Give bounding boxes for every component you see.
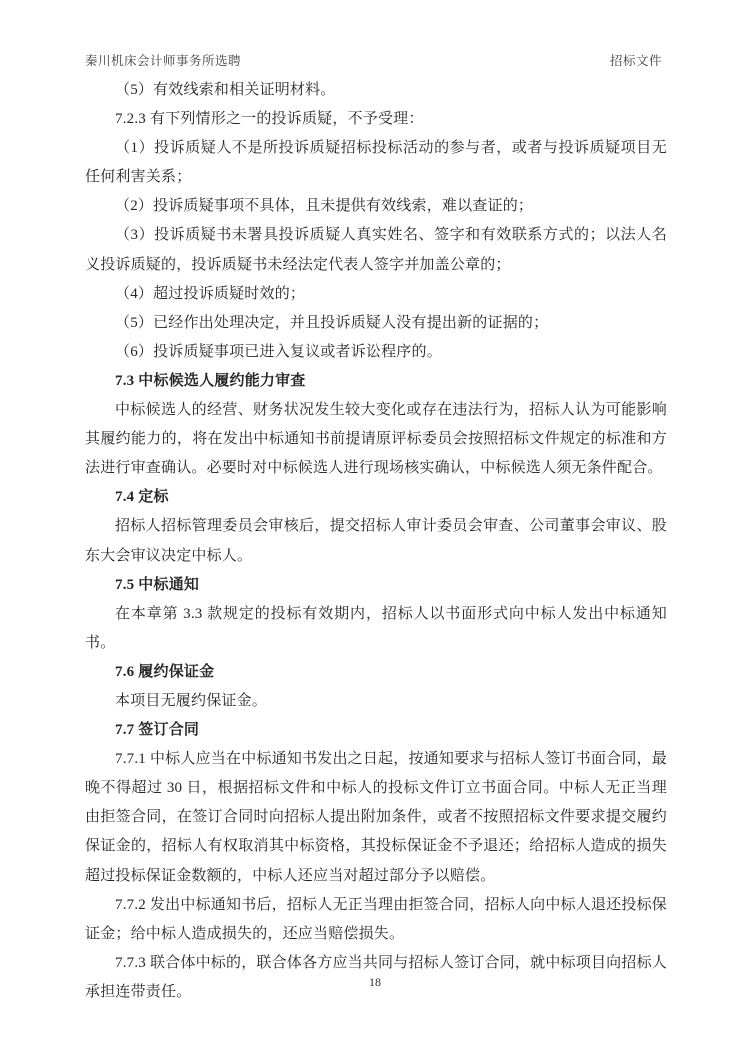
- document-page: 秦川机床会计师事务所选聘 招标文件 （5）有效线索和相关证明材料。7.2.3 有…: [0, 0, 750, 1060]
- paragraph: 7.2.3 有下列情形之一的投诉质疑，不予受理：: [85, 105, 667, 134]
- paragraph: （5）有效线索和相关证明材料。: [85, 76, 667, 105]
- header-right-text: 招标文件: [610, 51, 662, 69]
- document-body: （5）有效线索和相关证明材料。7.2.3 有下列情形之一的投诉质疑，不予受理：（…: [85, 76, 667, 1007]
- paragraph: 7.7.1 中标人应当在中标通知书发出之日起，按通知要求与招标人签订书面合同，最…: [85, 745, 667, 890]
- paragraph: 在本章第 3.3 款规定的投标有效期内，招标人以书面形式向中标人发出中标通知书。: [85, 600, 667, 658]
- section-heading: 7.6 履约保证金: [85, 658, 667, 687]
- paragraph: 招标人招标管理委员会审核后，提交招标人审计委员会审查、公司董事会审议、股东大会审…: [85, 512, 667, 570]
- paragraph: （6）投诉质疑事项已进入复议或者诉讼程序的。: [85, 338, 667, 367]
- page-header: 秦川机床会计师事务所选聘 招标文件: [85, 51, 662, 69]
- paragraph: 中标候选人的经营、财务状况发生较大变化或存在违法行为，招标人认为可能影响其履约能…: [85, 396, 667, 483]
- paragraph: （1）投诉质疑人不是所投诉质疑招标投标活动的参与者，或者与投诉质疑项目无任何利害…: [85, 134, 667, 192]
- paragraph: （4）超过投诉质疑时效的；: [85, 280, 667, 309]
- section-heading: 7.7 签订合同: [85, 716, 667, 745]
- page-footer: 18: [0, 975, 750, 990]
- section-heading: 7.4 定标: [85, 483, 667, 512]
- paragraph: 本项目无履约保证金。: [85, 687, 667, 716]
- paragraph: 7.7.2 发出中标通知书后，招标人无正当理由拒签合同，招标人向中标人退还投标保…: [85, 891, 667, 949]
- paragraph: （3）投诉质疑书未署具投诉质疑人真实姓名、签字和有效联系方式的；以法人名义投诉质…: [85, 221, 667, 279]
- section-heading: 7.5 中标通知: [85, 571, 667, 600]
- page-number: 18: [369, 975, 381, 989]
- header-left-text: 秦川机床会计师事务所选聘: [85, 51, 241, 69]
- paragraph: （2）投诉质疑事项不具体，且未提供有效线索，难以查证的；: [85, 192, 667, 221]
- paragraph: （5）已经作出处理决定，并且投诉质疑人没有提出新的证据的；: [85, 309, 667, 338]
- section-heading: 7.3 中标候选人履约能力审查: [85, 367, 667, 396]
